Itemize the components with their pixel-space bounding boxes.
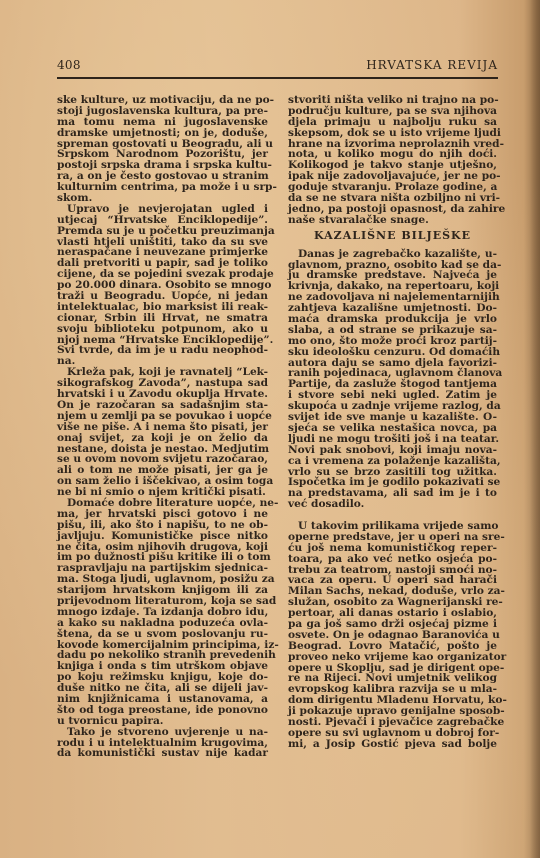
book-page: 408 HRVATSKA REVIJA ske kulture, uz moti…: [0, 0, 540, 858]
text-line: štena, da se u svom poslovanju ru-: [57, 629, 268, 640]
text-line: sku ideološku cenzuru. Od domaćih: [288, 347, 497, 358]
text-line: Beograd. Lovro Matačić, pošto je: [288, 641, 497, 652]
text-line: svoju biblioteku potpunom, ako u: [57, 324, 268, 335]
text-line: Danas je zagrebačko kazalište, u-: [288, 249, 497, 260]
left-column: ske kulture, uz motivaciju, da ne po-sto…: [57, 95, 268, 759]
text-line: da komunistički sustav nije kadar: [57, 748, 268, 759]
text-line: Novi pak snobovi, koji imaju nova-: [288, 445, 497, 456]
text-line: a kako su nakladna poduzeća ovla-: [57, 618, 268, 629]
text-line: više ne piše. A i nema što pisati, jer: [57, 422, 268, 433]
text-line: onaj svijet, za koji je on želio da: [57, 433, 268, 444]
text-line: Premda su je u početku preuzimanja: [57, 226, 268, 237]
text-line: pišu, ili, ako što i napišu, to ne ob-: [57, 520, 268, 531]
text-line: naše stvaralačke snage.: [288, 215, 497, 226]
page-number: 408: [57, 58, 81, 72]
right-column-intro: stvoriti ništa veliko ni trajno na po-po…: [288, 95, 497, 226]
text-line: mi, a Josip Gostić pjeva sad bolje: [288, 739, 497, 750]
text-line: dramske umjetnosti; on je, doduše,: [57, 128, 268, 139]
text-line: ca i vremena za polaženje kazališta,: [288, 456, 497, 467]
running-header: 408 HRVATSKA REVIJA: [57, 58, 498, 72]
right-column-section-body: Danas je zagrebačko kazalište, u-glavnom…: [288, 249, 497, 750]
header-rule: [57, 77, 498, 79]
text-line: Tako je stvoreno uvjerenje u na-: [57, 727, 268, 738]
right-column: stvoriti ništa veliko ni trajno na po-po…: [288, 95, 497, 750]
text-line: toara, pa ako već netko osjeća po-: [288, 554, 497, 565]
text-line: ću još nema komunističkog reper-: [288, 543, 497, 554]
text-line: Svi tvrde, da im je u radu neophod-: [57, 345, 268, 356]
running-title: HRVATSKA REVIJA: [366, 58, 498, 72]
page-edge-shadow: [530, 0, 540, 858]
section-title: KAZALIŠNE BILJEŠKE: [288, 229, 497, 243]
text-line: javljuju. Komunističke pisce nitko: [57, 531, 268, 542]
text-line: već dosadilo.: [288, 499, 497, 510]
text-line: proveo neko vrijeme kao organizator: [288, 652, 497, 663]
text-line: skepsom, dok se u isto vrijeme ljudi: [288, 128, 497, 139]
